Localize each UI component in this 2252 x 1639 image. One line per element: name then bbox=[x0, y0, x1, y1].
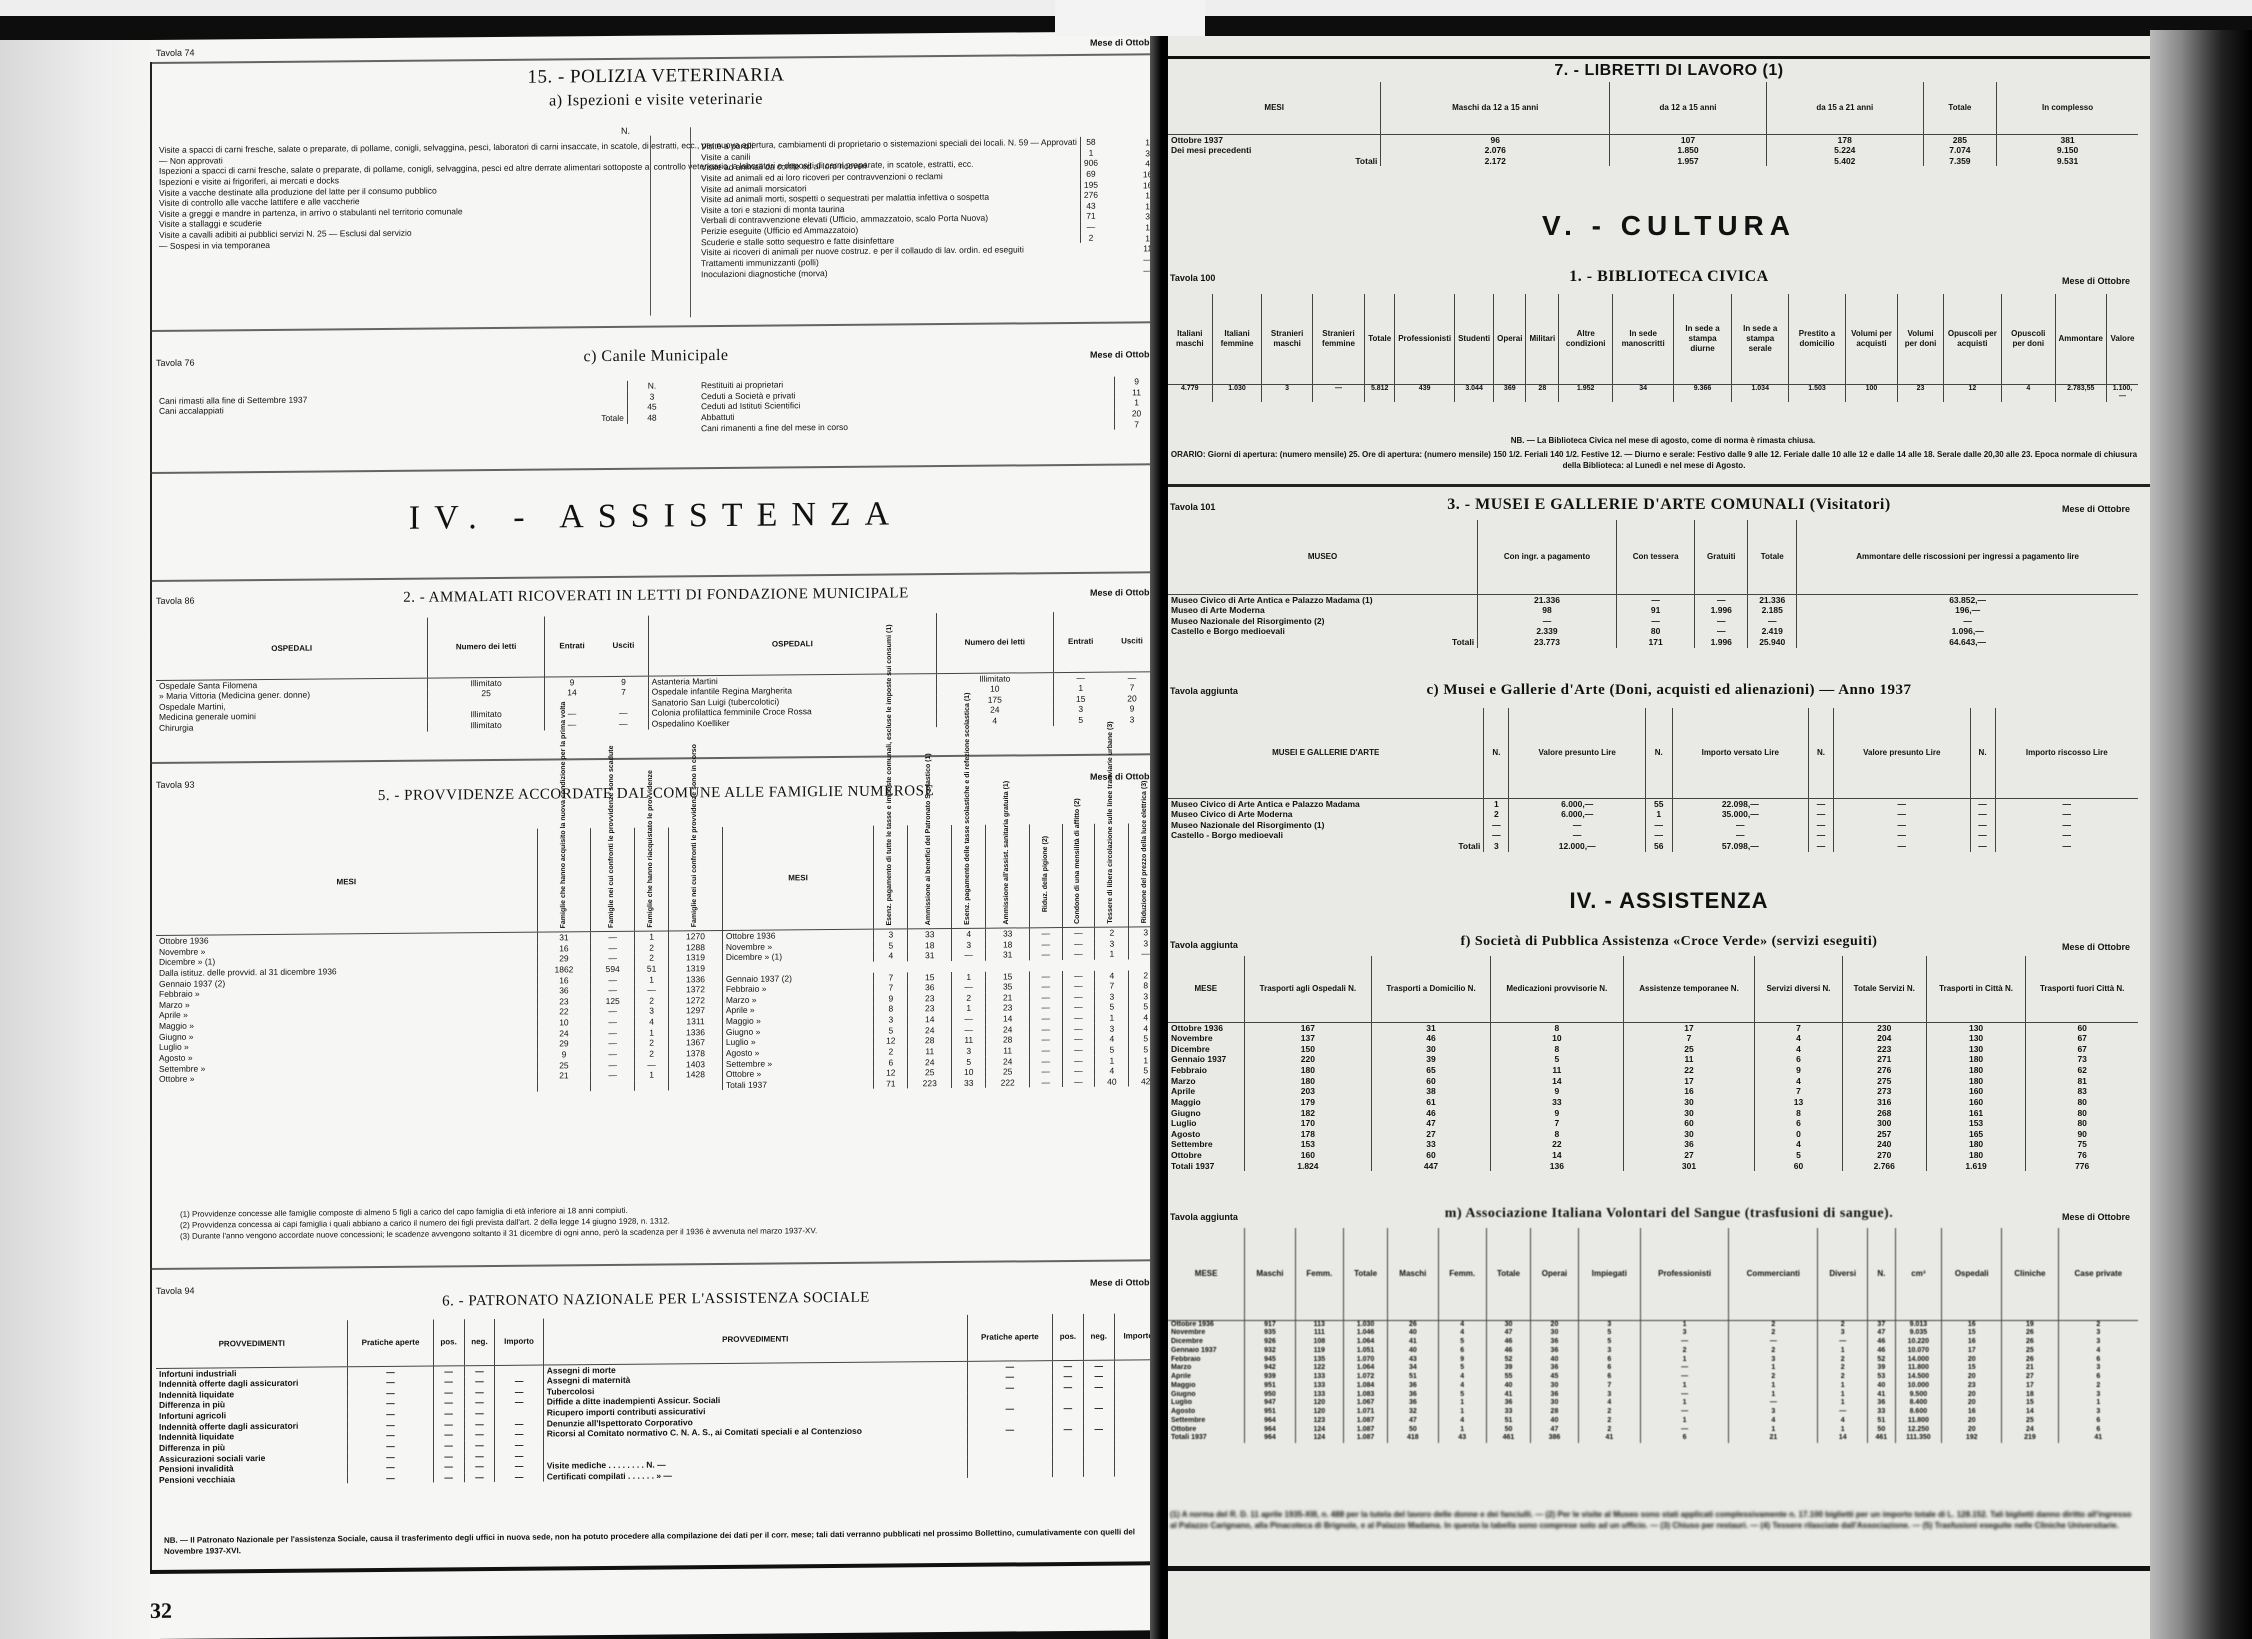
table-cell: 35 bbox=[986, 981, 1030, 992]
table-cell: 3 bbox=[1578, 1391, 1640, 1400]
table-cell: — bbox=[591, 1038, 635, 1049]
table-cell: — bbox=[1062, 1045, 1095, 1056]
cell-value: 4 bbox=[2002, 384, 2055, 402]
table-cell: — bbox=[433, 1376, 464, 1387]
table-cell: 273 bbox=[1842, 1086, 1926, 1097]
table-cell: Importo bbox=[495, 1319, 543, 1365]
table-cell: 13 bbox=[1755, 1097, 1843, 1108]
table-cell: 9 bbox=[599, 676, 648, 688]
table-cell: — bbox=[348, 1472, 433, 1483]
table-cell: 2 bbox=[1818, 1373, 1868, 1382]
table-cell: Pratiche aperte bbox=[967, 1314, 1052, 1361]
cell-value: 1.100,— bbox=[2106, 384, 2138, 402]
table-cell: 47 bbox=[1868, 1329, 1896, 1338]
table-cell: 6 bbox=[1438, 1347, 1486, 1356]
table-cell: — bbox=[1030, 1045, 1063, 1056]
month: Novembre bbox=[1168, 1329, 1245, 1338]
table-cell: 2 bbox=[635, 942, 669, 953]
table-cell: 50 bbox=[1388, 1426, 1438, 1435]
table-cell: 12.000,— bbox=[1509, 841, 1645, 852]
table-cell: 1428 bbox=[669, 1069, 723, 1080]
table-cell: 418 bbox=[1388, 1434, 1438, 1443]
table-cell: 1 bbox=[1438, 1426, 1486, 1435]
table-cell: 5.402 bbox=[1766, 156, 1923, 167]
page-border bbox=[150, 62, 152, 1572]
col-header: MESE bbox=[1168, 956, 1244, 1022]
col-header: Professionisti bbox=[1640, 1228, 1728, 1320]
table-cell: 15 bbox=[1053, 693, 1108, 704]
table-cell: 28 bbox=[986, 1035, 1030, 1046]
table-cell: — bbox=[1484, 820, 1509, 831]
table-cell: 130 bbox=[1926, 1044, 2026, 1055]
avis-table: MESEMaschiFemm.TotaleMaschiFemm.TotaleOp… bbox=[1168, 1228, 2138, 1443]
table-cell bbox=[1083, 1456, 1114, 1467]
section-title: c) Musei e Gallerie d'Arte (Doni, acquis… bbox=[1168, 682, 2170, 699]
table-cell: 4 bbox=[1755, 1076, 1843, 1087]
table-cell: 3 bbox=[1729, 1408, 1818, 1417]
table-cell: 1.824 bbox=[1244, 1161, 1372, 1172]
table-cell: — bbox=[1834, 798, 1970, 809]
col-header: Cliniche bbox=[2002, 1228, 2058, 1320]
table-cell: 33 bbox=[908, 929, 952, 941]
col-header: In sede a stampa serale bbox=[1732, 294, 1789, 384]
table-cell: — bbox=[433, 1387, 464, 1398]
table-cell: 2 bbox=[635, 1048, 669, 1059]
table-cell: 7 bbox=[599, 687, 648, 698]
table-cell: 33 bbox=[1486, 1408, 1530, 1417]
month: Ottobre bbox=[1168, 1426, 1245, 1435]
table-cell: 20 bbox=[1942, 1373, 2002, 1382]
section-title: 3. - MUSEI E GALLERIE D'ARTE COMUNALI (V… bbox=[1168, 496, 2170, 514]
table-cell: 8 bbox=[1490, 1044, 1623, 1055]
table-row: Totali 19371.824447136301602.7661.619776 bbox=[1168, 1161, 2138, 1172]
table-cell: 7.074 bbox=[1923, 145, 1996, 156]
table-cell: 1272 bbox=[669, 995, 723, 1006]
table-cell: 51 bbox=[1486, 1417, 1530, 1426]
table-cell bbox=[669, 1080, 723, 1091]
table-cell: 192 bbox=[1942, 1434, 2002, 1443]
table-cell: 951 bbox=[1245, 1382, 1295, 1391]
table-cell: 30 bbox=[1623, 1108, 1754, 1119]
table-cell: — bbox=[1083, 1424, 1114, 1435]
table-cell: 4 bbox=[952, 928, 986, 939]
table-cell: 8.400 bbox=[1895, 1399, 1942, 1408]
table-cell bbox=[967, 1446, 1052, 1457]
table-cell: 20 bbox=[1108, 693, 1156, 704]
table-cell: 160 bbox=[1926, 1097, 2026, 1108]
table-cell: — bbox=[1748, 616, 1797, 627]
table-cell: 1.030 bbox=[1343, 1320, 1387, 1329]
table-row: Agosto17827830025716590 bbox=[1168, 1129, 2138, 1140]
table-cell: 2 bbox=[1578, 1426, 1640, 1435]
table-cell: 178 bbox=[1244, 1129, 1372, 1140]
table-cell: 1.064 bbox=[1343, 1364, 1387, 1373]
table-cell: 39 bbox=[1868, 1364, 1896, 1373]
table-cell: — bbox=[1062, 938, 1095, 949]
table-cell: 1.071 bbox=[1343, 1408, 1387, 1417]
table-cell: 21 bbox=[1729, 1434, 1818, 1443]
table-cell: 1 bbox=[1095, 1055, 1129, 1066]
table-cell: 153 bbox=[1244, 1139, 1372, 1150]
table-cell: 2.339 bbox=[1478, 626, 1617, 637]
table-cell: 9.035 bbox=[1895, 1329, 1942, 1338]
totals-label: Totali bbox=[1168, 841, 1484, 852]
mese-label: Mese di Ottobre bbox=[1090, 1277, 1158, 1288]
table-cell: 3 bbox=[1640, 1329, 1728, 1338]
table-cell: 6 bbox=[1755, 1054, 1843, 1065]
table-cell: 73 bbox=[2026, 1054, 2138, 1065]
table-cell: 3 bbox=[1095, 991, 1129, 1002]
table-row: Totali23.7731711.99625.94064.643,— bbox=[1168, 637, 2138, 648]
table-cell: 219 bbox=[2002, 1434, 2058, 1443]
table-cell: 170 bbox=[1244, 1118, 1372, 1129]
table-cell: — bbox=[1729, 1399, 1818, 1408]
assistenza-section-title: IV. - ASSISTENZA bbox=[150, 493, 1162, 540]
table-cell: — bbox=[348, 1366, 433, 1378]
museum-name: Museo Nazionale del Risorgimento (1) bbox=[1168, 820, 1484, 831]
table-cell: 3 bbox=[1108, 714, 1156, 725]
left-page: Tavola 74 Mese di Ottobre 15. - POLIZIA … bbox=[150, 31, 1162, 1639]
table-cell: 27 bbox=[1623, 1150, 1754, 1161]
col-header: Totale Servizi N. bbox=[1842, 956, 1926, 1022]
table-cell: — bbox=[348, 1377, 433, 1388]
table-cell: 1.996 bbox=[1695, 605, 1748, 616]
table-cell: 137 bbox=[1244, 1033, 1372, 1044]
table-cell: 9 bbox=[1108, 704, 1156, 715]
month: Dicembre bbox=[1168, 1044, 1244, 1055]
table-cell: — bbox=[591, 1070, 635, 1081]
table-cell: 21.336 bbox=[1748, 594, 1797, 605]
table-row: Giugno18246930826816180 bbox=[1168, 1108, 2138, 1119]
month: Maggio bbox=[1168, 1097, 1244, 1108]
table-cell: — bbox=[1809, 841, 1834, 852]
table-cell: OSPEDALI bbox=[648, 613, 937, 676]
cell-value: 1.030 bbox=[1212, 384, 1262, 402]
table-cell: — bbox=[1970, 798, 1995, 809]
table-cell: 275 bbox=[1842, 1076, 1926, 1087]
month: Gennaio 1937 bbox=[1168, 1347, 1245, 1356]
museum-name: Museo Civico di Arte Antica e Palazzo Ma… bbox=[1168, 594, 1478, 605]
table-cell: 7 bbox=[1095, 981, 1129, 992]
table-cell: 20 bbox=[1942, 1417, 2002, 1426]
table-cell: 5 bbox=[1095, 1044, 1129, 1055]
table-cell: 301 bbox=[1623, 1161, 1754, 1172]
table-cell: 50 bbox=[1486, 1426, 1530, 1435]
table-cell: — bbox=[967, 1360, 1052, 1372]
table-cell: 5 bbox=[1438, 1391, 1486, 1400]
col-header: Diversi bbox=[1818, 1228, 1868, 1320]
table-cell: 935 bbox=[1245, 1329, 1295, 1338]
mese-label: Mese di Ottobre bbox=[1090, 771, 1158, 782]
table-row: Febbraio180651122927618062 bbox=[1168, 1065, 2138, 1076]
table-cell: — bbox=[1640, 1338, 1728, 1347]
table-cell bbox=[967, 1392, 1052, 1403]
table-cell: 3 bbox=[2058, 1408, 2138, 1417]
museum-name: Museo Civico di Arte Antica e Palazzo Ma… bbox=[1168, 798, 1484, 809]
table-cell: 1.087 bbox=[1343, 1426, 1387, 1435]
month: Luglio bbox=[1168, 1399, 1245, 1408]
table-cell bbox=[1052, 1456, 1083, 1467]
table-cell: 46 bbox=[1486, 1347, 1530, 1356]
table-row: Settembre153332236424018075 bbox=[1168, 1139, 2138, 1150]
table-cell: 1 bbox=[1640, 1417, 1728, 1426]
table-row: Museo Civico di Arte Antica e Palazzo Ma… bbox=[1168, 798, 2138, 809]
section-title: 1. - BIBLIOTECA CIVICA bbox=[1168, 268, 2170, 286]
section-title: 2. - AMMALATI RICOVERATI IN LETTI DI FON… bbox=[150, 583, 1162, 609]
table-cell bbox=[1052, 1413, 1083, 1424]
table-cell: MESI bbox=[156, 829, 537, 936]
table-cell: Totale bbox=[1923, 82, 1996, 134]
table-cell: 257 bbox=[1842, 1129, 1926, 1140]
tavola-label: Tavola 74 bbox=[156, 48, 195, 58]
table-cell: 180 bbox=[1926, 1150, 2026, 1161]
col-header: Trasporti in Città N. bbox=[1926, 956, 2026, 1022]
section-title: 6. - PATRONATO NAZIONALE PER L'ASSISTENZ… bbox=[150, 1287, 1162, 1313]
table-cell: 10 bbox=[537, 1017, 591, 1028]
table-cell: Entrati bbox=[1053, 612, 1108, 672]
table-cell: 23 bbox=[908, 993, 952, 1004]
table-cell: — bbox=[1672, 820, 1808, 831]
table-cell: 7 bbox=[1578, 1382, 1640, 1391]
table-cell: 180 bbox=[1926, 1139, 2026, 1150]
table-cell: — bbox=[495, 1461, 543, 1472]
table-cell: 2 bbox=[635, 995, 669, 1006]
table-cell: neg. bbox=[464, 1319, 495, 1365]
table-cell: — bbox=[1970, 809, 1995, 820]
table-cell: 4 bbox=[1818, 1417, 1868, 1426]
table-cell: 36 bbox=[1388, 1391, 1438, 1400]
table-cell: 26 bbox=[2002, 1329, 2058, 1338]
table-cell: 4 bbox=[1578, 1399, 1640, 1408]
table-cell: — bbox=[967, 1382, 1052, 1393]
table-cell: 39 bbox=[1372, 1054, 1491, 1065]
table-row: Ottobre 193616731817723013060 bbox=[1168, 1022, 2138, 1033]
table-cell: 3 bbox=[1053, 704, 1108, 715]
table-cell: 30 bbox=[1372, 1044, 1491, 1055]
table-cell: 223 bbox=[1842, 1044, 1926, 1055]
table-cell: 2 bbox=[635, 1038, 669, 1049]
table-cell: 7.359 bbox=[1923, 156, 1996, 167]
table-cell: 270 bbox=[1842, 1150, 1926, 1161]
table-cell: 80 bbox=[2026, 1108, 2138, 1119]
table-cell: 25 bbox=[1623, 1044, 1754, 1055]
table-cell: 8.600 bbox=[1895, 1408, 1942, 1417]
table-cell: 90 bbox=[2026, 1129, 2138, 1140]
table-cell: 1403 bbox=[669, 1059, 723, 1070]
table-cell: 9.500 bbox=[1895, 1391, 1942, 1400]
table-cell bbox=[495, 1365, 543, 1377]
table-cell: 1270 bbox=[669, 931, 723, 943]
table-cell: 24 bbox=[986, 1056, 1030, 1067]
table-cell: — bbox=[1995, 820, 2138, 831]
table-cell: 40 bbox=[1531, 1356, 1579, 1365]
table-cell: 10.000 bbox=[1895, 1382, 1942, 1391]
table-cell: — bbox=[433, 1440, 464, 1451]
col-header: Trasporti a Domicilio N. bbox=[1372, 956, 1491, 1022]
table-cell: — bbox=[1062, 1002, 1095, 1013]
table-cell: 21 bbox=[986, 992, 1030, 1003]
table-cell: OSPEDALI bbox=[156, 618, 428, 680]
table-cell: Importo versato Lire bbox=[1672, 708, 1808, 798]
table-cell: Numero dei letti bbox=[428, 617, 544, 678]
table-cell: 96 bbox=[1381, 134, 1610, 145]
table-cell: 46 bbox=[1372, 1108, 1491, 1119]
table-cell: — bbox=[591, 1006, 635, 1017]
table-cell: 14 bbox=[544, 687, 599, 698]
provvidenze-table: MESIFamiglie che hanno acquisito la nuov… bbox=[156, 823, 1162, 1095]
table-cell: — bbox=[464, 1450, 495, 1461]
mese-label: Mese di Ottobre bbox=[2062, 504, 2130, 514]
biblioteca-table: Italiani maschiItaliani femmineStranieri… bbox=[1168, 294, 2138, 402]
table-cell: 950 bbox=[1245, 1391, 1295, 1400]
table-cell: 926 bbox=[1245, 1338, 1295, 1347]
table-cell: 153 bbox=[1926, 1118, 2026, 1129]
table-cell: MESI bbox=[1168, 82, 1381, 134]
table-cell: 16 bbox=[1942, 1320, 2002, 1329]
table-cell: — bbox=[1834, 841, 1970, 852]
table-cell: 120 bbox=[1295, 1408, 1343, 1417]
cell-value: 439 bbox=[1395, 384, 1455, 402]
table-cell: — bbox=[464, 1429, 495, 1440]
table-cell: — bbox=[1995, 830, 2138, 841]
table-cell: — bbox=[967, 1403, 1052, 1414]
table-cell: 5 bbox=[1053, 715, 1108, 726]
table-cell: 1 bbox=[1729, 1364, 1818, 1373]
table-cell: — bbox=[952, 1024, 986, 1035]
table-cell: In complesso bbox=[1997, 82, 2138, 134]
table-cell: 4 bbox=[1438, 1320, 1486, 1329]
table-cell: 1 bbox=[1818, 1426, 1868, 1435]
table-cell: 11 bbox=[986, 1045, 1030, 1056]
table-cell: — bbox=[433, 1430, 464, 1441]
col-header: Prestito a domicilio bbox=[1789, 294, 1845, 384]
table-cell: pos. bbox=[433, 1319, 464, 1365]
table-cell: — bbox=[348, 1430, 433, 1441]
table-cell: 12.250 bbox=[1895, 1426, 1942, 1435]
table-cell: 2.185 bbox=[1748, 605, 1797, 616]
col-header: Maschi bbox=[1388, 1228, 1438, 1320]
cell-value: — bbox=[1312, 384, 1364, 402]
table-cell: 33 bbox=[1372, 1139, 1491, 1150]
table-cell: — bbox=[1030, 981, 1063, 992]
table-cell: — bbox=[591, 1027, 635, 1038]
table-cell: 1 bbox=[635, 1027, 669, 1038]
table-cell: 1336 bbox=[669, 974, 723, 985]
mese-label: Mese di Ottobre bbox=[2062, 276, 2130, 286]
table-cell: — bbox=[1062, 949, 1095, 960]
table-cell: 24 bbox=[908, 1025, 952, 1036]
table-cell: 9 bbox=[874, 993, 908, 1004]
table-cell: da 12 a 15 anni bbox=[1610, 82, 1767, 134]
cell-value: 12 bbox=[1943, 384, 2001, 402]
divider bbox=[1168, 1566, 2170, 1571]
table-cell: 14 bbox=[908, 1014, 952, 1025]
totals-label: Totali 1937 bbox=[722, 1078, 873, 1090]
table-cell: 776 bbox=[2026, 1161, 2138, 1172]
table-cell: 12 bbox=[874, 1068, 908, 1079]
divider bbox=[150, 463, 1162, 474]
col-header: Ospedali bbox=[1942, 1228, 2002, 1320]
table-cell: 285 bbox=[1923, 134, 1996, 145]
col-header: Femm. bbox=[1438, 1228, 1486, 1320]
table-cell: — bbox=[1695, 594, 1748, 605]
table-cell: 32 bbox=[1388, 1408, 1438, 1417]
table-cell: — bbox=[1970, 841, 1995, 852]
col-header: Assistenze temporanee N. bbox=[1623, 956, 1754, 1022]
table-cell: 15 bbox=[2002, 1399, 2058, 1408]
table-cell: 25 bbox=[537, 1060, 591, 1071]
cultura-section-title: V. - CULTURA bbox=[1168, 210, 2170, 242]
table-cell: — bbox=[433, 1461, 464, 1472]
scan-notch bbox=[1055, 0, 1205, 36]
musei-table: MUSEOCon ingr. a pagamentoCon tesseraGra… bbox=[1168, 520, 2138, 648]
table-cell: 178 bbox=[1766, 134, 1923, 145]
table-cell: Maschi da 12 a 15 anni bbox=[1381, 82, 1610, 134]
table-row: Dicembre9261081.06441546365———4610.22016… bbox=[1168, 1338, 2138, 1347]
table-cell: 34 bbox=[1388, 1364, 1438, 1373]
table-cell: 1.070 bbox=[1343, 1356, 1387, 1365]
table-cell: 23.773 bbox=[1478, 637, 1617, 648]
table-cell: 40 bbox=[1388, 1329, 1438, 1338]
table-cell: 6 bbox=[2058, 1356, 2138, 1365]
month: Febbraio bbox=[1168, 1065, 1244, 1076]
table-cell: 80 bbox=[2026, 1097, 2138, 1108]
table-cell: — bbox=[348, 1440, 433, 1451]
table-cell: 130 bbox=[1926, 1033, 2026, 1044]
table-cell: 50 bbox=[1868, 1426, 1896, 1435]
table-row: Castello - Borgo medioevali———————— bbox=[1168, 830, 2138, 841]
item-value: 3 bbox=[627, 391, 676, 402]
table-cell: 386 bbox=[1531, 1434, 1579, 1443]
table-cell: 108 bbox=[1295, 1338, 1343, 1347]
table-cell: 3 bbox=[952, 1046, 986, 1057]
table-cell: 19 bbox=[2002, 1320, 2058, 1329]
table-cell: 14.500 bbox=[1895, 1373, 1942, 1382]
table-cell: 3 bbox=[635, 1006, 669, 1017]
month: Ottobre 1936 bbox=[1168, 1022, 1244, 1033]
table-cell: 10 bbox=[952, 1067, 986, 1078]
table-cell: 2.766 bbox=[1842, 1161, 1926, 1172]
table-cell: 16 bbox=[537, 975, 591, 986]
table-cell: Usciti bbox=[599, 616, 648, 676]
table-cell: — bbox=[1834, 820, 1970, 831]
table-cell: — bbox=[1645, 830, 1672, 841]
col-header: Volumi per acquisti bbox=[1845, 294, 1898, 384]
totals-label: Totali 1937 bbox=[1168, 1434, 1245, 1443]
table-cell: 41 bbox=[1388, 1338, 1438, 1347]
total-value: 223 bbox=[908, 1078, 952, 1089]
section-subtitle: a) Ispezioni e visite veterinarie bbox=[150, 87, 1162, 114]
divider bbox=[1168, 56, 2170, 59]
table-row: Ottobre9641241.08750150472—115012.250202… bbox=[1168, 1426, 2138, 1435]
table-cell: 947 bbox=[1245, 1399, 1295, 1408]
table-cell: 6 bbox=[1578, 1373, 1640, 1382]
table-cell: 11 bbox=[1490, 1065, 1623, 1076]
table-cell: 6.000,— bbox=[1509, 809, 1645, 820]
table-cell: 461 bbox=[1486, 1434, 1530, 1443]
table-cell: 2 bbox=[1640, 1347, 1728, 1356]
table-cell: 30 bbox=[1623, 1129, 1754, 1140]
table-cell: — bbox=[1062, 1055, 1095, 1066]
col-header: Operai bbox=[1494, 294, 1526, 384]
table-cell: 83 bbox=[2026, 1086, 2138, 1097]
table-cell: 21 bbox=[2002, 1364, 2058, 1373]
croce-verde-table: MESETrasporti agli Ospedali N.Trasporti … bbox=[1168, 956, 2138, 1171]
table-cell: 17 bbox=[1623, 1022, 1754, 1033]
table-cell: 4 bbox=[1095, 1066, 1129, 1077]
table-cell: — bbox=[464, 1408, 495, 1419]
table-cell: — bbox=[464, 1376, 495, 1387]
